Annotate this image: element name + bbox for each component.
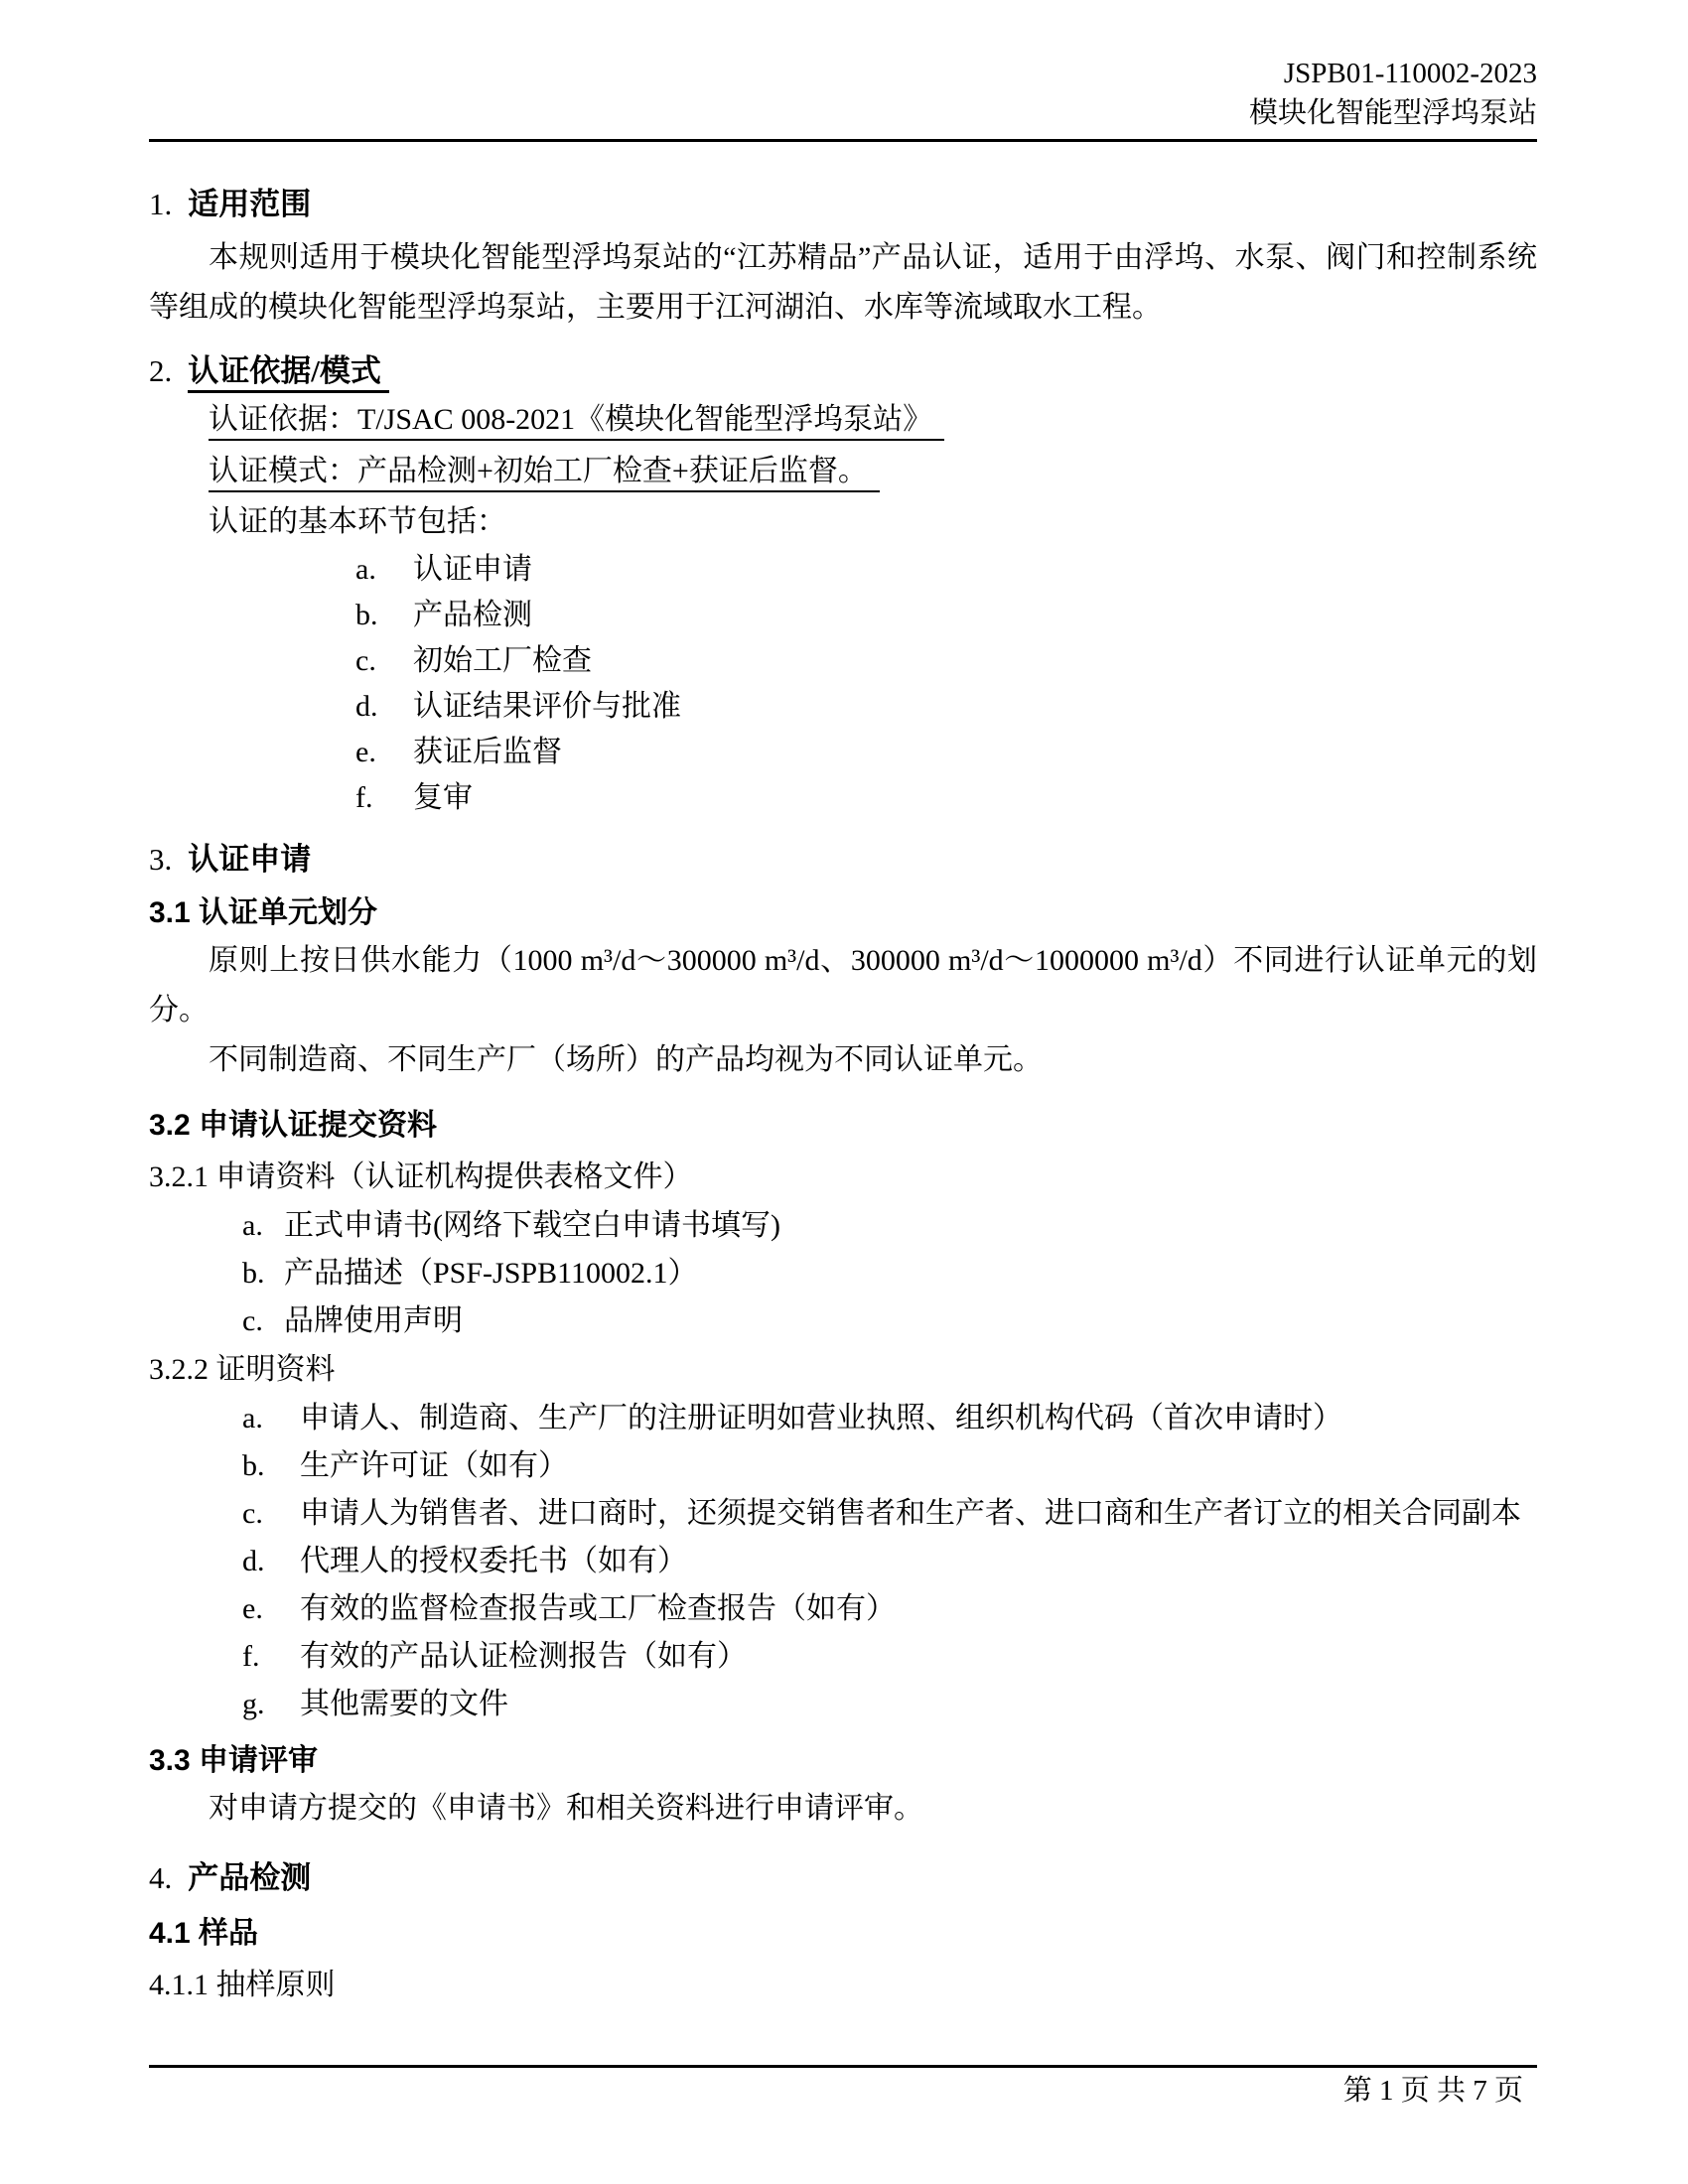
section-2-number: 2. bbox=[149, 353, 172, 388]
section-2-heading: 2.认证依据/模式 bbox=[149, 348, 1537, 394]
section-3-1-heading: 3.1 认证单元划分 bbox=[149, 890, 1537, 936]
section-3-2-1-heading: 3.2.1 申请资料（认证机构提供表格文件） bbox=[149, 1153, 1537, 1202]
section-3-3-heading: 3.3 申请评审 bbox=[149, 1738, 1537, 1784]
certification-steps-list: a.认证申请 b.产品检测 c.初始工厂检查 d.认证结果评价与批准 e.获证后… bbox=[149, 547, 1537, 821]
list-item: d.认证结果评价与批准 bbox=[149, 684, 1537, 730]
list-item: d.代理人的授权委托书（如有） bbox=[149, 1538, 1537, 1585]
list-item: b.产品描述（PSF-JSPB110002.1） bbox=[149, 1250, 1537, 1297]
unit-division-paragraph: 原则上按日供水能力（1000 m³/d～300000 m³/d、300000 m… bbox=[149, 936, 1537, 1035]
section-3-2-2-heading: 3.2.2 证明资料 bbox=[149, 1345, 1537, 1395]
scope-paragraph: 本规则适用于模块化智能型浮坞泵站的“江苏精品”产品认证，适用于由浮坞、水泵、阀门… bbox=[149, 233, 1537, 333]
list-item: b.生产许可证（如有） bbox=[149, 1442, 1537, 1490]
application-review-paragraph: 对申请方提交的《申请书》和相关资料进行申请评审。 bbox=[149, 1784, 1537, 1834]
list-item: c.初始工厂检查 bbox=[149, 638, 1537, 684]
application-docs-list: a.正式申请书(网络下载空白申请书填写) b.产品描述（PSF-JSPB1100… bbox=[149, 1202, 1537, 1345]
list-item: c.品牌使用声明 bbox=[149, 1297, 1537, 1345]
certification-basis-line: 认证依据：T/JSAC 008-2021《模块化智能型浮坞泵站》 bbox=[149, 394, 1537, 446]
section-4-1-1-heading: 4.1.1 抽样原则 bbox=[149, 1961, 1537, 2010]
doc-number: JSPB01-110002-2023 bbox=[149, 54, 1537, 93]
section-3-title: 认证申请 bbox=[188, 842, 311, 877]
list-item: f.复审 bbox=[149, 775, 1537, 821]
document-page: JSPB01-110002-2023 模块化智能型浮坞泵站 1.适用范围 本规则… bbox=[0, 0, 1688, 2184]
section-3-number: 3. bbox=[149, 842, 172, 877]
section-4-number: 4. bbox=[149, 1860, 172, 1895]
steps-intro: 认证的基本环节包括： bbox=[149, 497, 1537, 547]
section-4-title: 产品检测 bbox=[188, 1860, 311, 1895]
header-rule bbox=[149, 139, 1537, 142]
section-2-title: 认证依据/模式 bbox=[188, 353, 389, 393]
section-1-number: 1. bbox=[149, 187, 172, 221]
certification-mode-line: 认证模式：产品检测+初始工厂检查+获证后监督。 bbox=[149, 446, 1537, 497]
section-4-1-heading: 4.1 样品 bbox=[149, 1911, 1537, 1957]
section-3-heading: 3.认证申请 bbox=[149, 837, 1537, 883]
page-number: 第 1 页 共 7 页 bbox=[149, 2070, 1537, 2112]
section-1-heading: 1.适用范围 bbox=[149, 182, 1537, 227]
list-item: c.申请人为销售者、进口商时，还须提交销售者和生产者、进口商和生产者订立的相关合… bbox=[149, 1490, 1537, 1538]
section-4-heading: 4.产品检测 bbox=[149, 1855, 1537, 1901]
list-item: g.其他需要的文件 bbox=[149, 1681, 1537, 1728]
list-item: e.有效的监督检查报告或工厂检查报告（如有） bbox=[149, 1585, 1537, 1633]
proof-docs-list: a.申请人、制造商、生产厂的注册证明如营业执照、组织机构代码（首次申请时） b.… bbox=[149, 1395, 1537, 1728]
section-3-2-heading: 3.2 申请认证提交资料 bbox=[149, 1103, 1537, 1149]
page-footer: 第 1 页 共 7 页 bbox=[149, 2065, 1537, 2112]
unit-division-paragraph-2: 不同制造商、不同生产厂（场所）的产品均视为不同认证单元。 bbox=[149, 1035, 1537, 1085]
list-item: f.有效的产品认证检测报告（如有） bbox=[149, 1633, 1537, 1681]
list-item: a.认证申请 bbox=[149, 547, 1537, 593]
document-body: 1.适用范围 本规则适用于模块化智能型浮坞泵站的“江苏精品”产品认证，适用于由浮… bbox=[0, 182, 1688, 2010]
doc-title: 模块化智能型浮坞泵站 bbox=[149, 93, 1537, 133]
list-item: e.获证后监督 bbox=[149, 730, 1537, 775]
section-1-title: 适用范围 bbox=[188, 187, 311, 221]
list-item: a.正式申请书(网络下载空白申请书填写) bbox=[149, 1202, 1537, 1250]
page-header: JSPB01-110002-2023 模块化智能型浮坞泵站 bbox=[0, 0, 1688, 133]
list-item: b.产品检测 bbox=[149, 593, 1537, 638]
footer-rule bbox=[149, 2065, 1537, 2068]
list-item: a.申请人、制造商、生产厂的注册证明如营业执照、组织机构代码（首次申请时） bbox=[149, 1395, 1537, 1442]
